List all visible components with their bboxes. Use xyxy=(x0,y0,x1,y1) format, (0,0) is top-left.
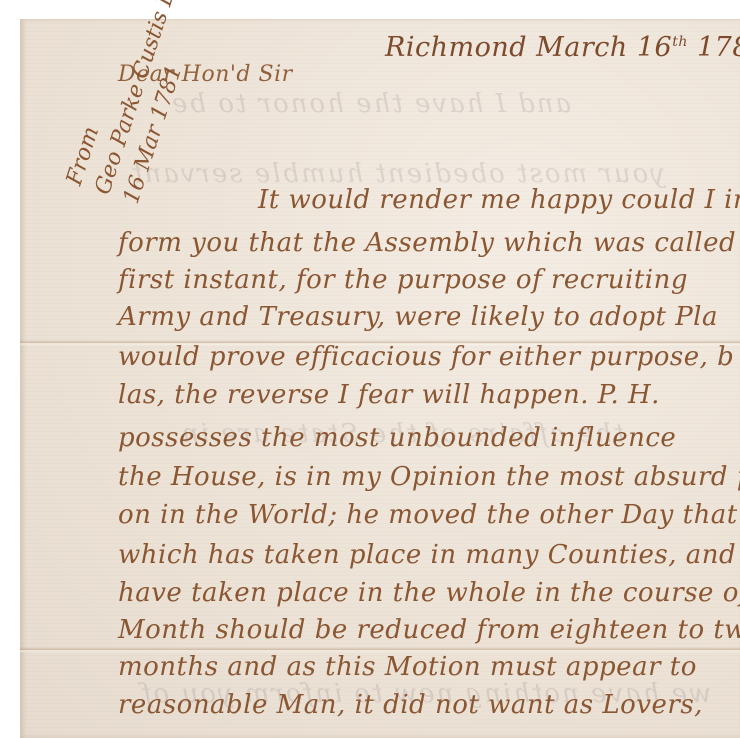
year: 1781 xyxy=(697,32,740,63)
month: March xyxy=(536,32,628,63)
body-line: It would render me happy could I in xyxy=(258,185,740,215)
body-line: on in the World; he moved the other Day … xyxy=(118,500,740,530)
body-line: Month should be reduced from eighteen to… xyxy=(118,615,740,645)
body-line: the House, is in my Opinion the most abs… xyxy=(118,462,740,492)
letter-dateline: Richmond March 16th 1781 xyxy=(385,32,740,63)
body-line: form you that the Assembly which was cal… xyxy=(118,228,740,258)
body-line: months and as this Motion must appear to xyxy=(118,652,697,682)
day: 16 xyxy=(637,32,672,63)
body-line: Army and Treasury, were likely to adopt … xyxy=(118,302,718,332)
body-line: have taken place in the whole in the cou… xyxy=(118,578,740,608)
bleed-through-text: and I have the honor to be xyxy=(170,89,571,119)
body-line: las, the reverse I fear will happen. P. … xyxy=(118,380,660,410)
body-line: possesses the most unbounded influence xyxy=(118,423,676,453)
body-line: reasonable Man, it did not want as Lover… xyxy=(118,690,703,720)
day-suffix: th xyxy=(672,34,688,50)
body-line: first instant, for the purpose of recrui… xyxy=(118,265,688,295)
place: Richmond xyxy=(385,32,527,63)
body-line: which has taken place in many Counties, … xyxy=(118,540,736,570)
body-line: would prove efficacious for either purpo… xyxy=(118,342,734,372)
